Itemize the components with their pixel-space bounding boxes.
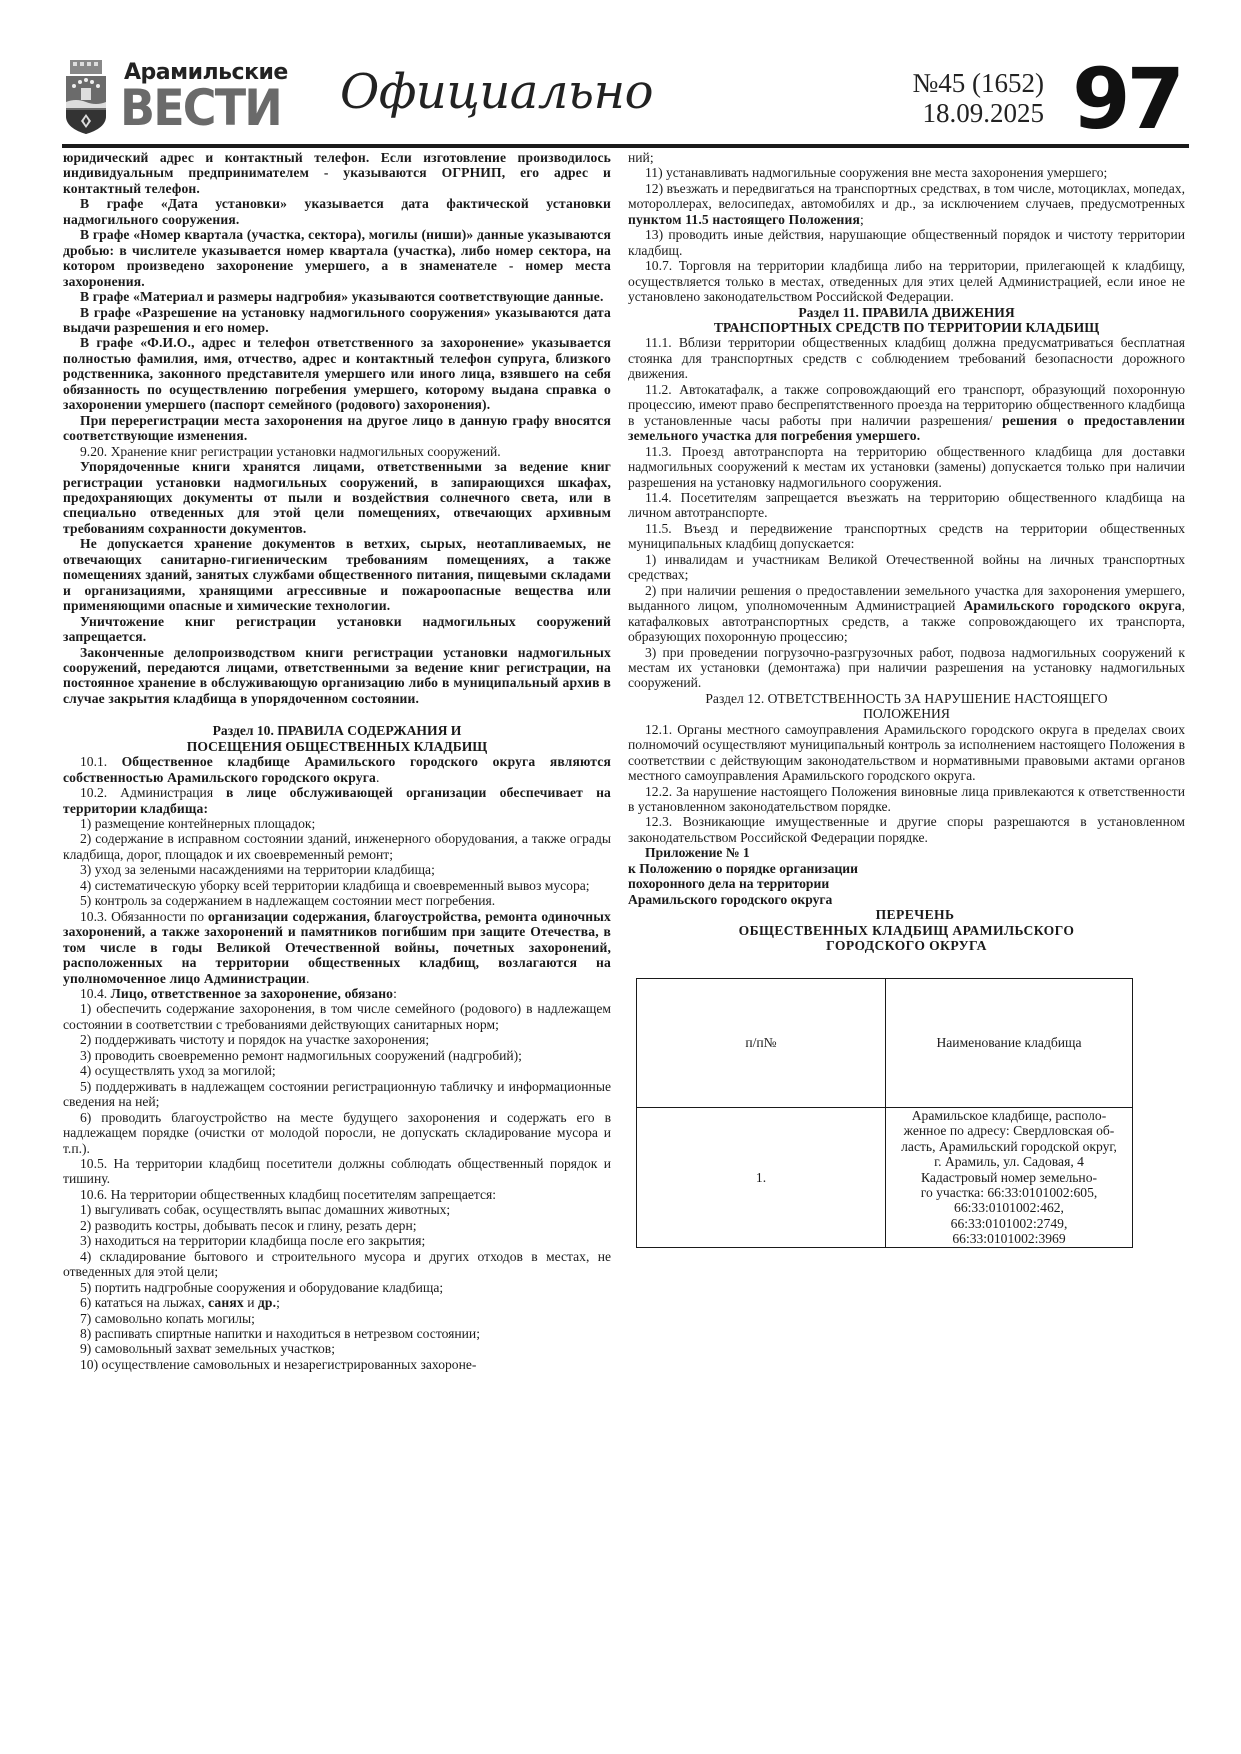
clause-11-5: 11.5. Въезд и передвижение транспортных … — [628, 521, 1185, 552]
list-item: 1) обеспечить содержание захоронения, в … — [63, 1001, 611, 1032]
section-title: Официально — [340, 64, 653, 120]
list-item: 9) самовольный захват земельных участков… — [63, 1341, 611, 1356]
section-12-heading: Раздел 12. ОТВЕТСТВЕННОСТЬ ЗА НАРУШЕНИЕ … — [628, 691, 1185, 722]
list-item: 6) кататься на лыжах, санях и др.; — [63, 1295, 611, 1310]
section-11-heading: Раздел 11. ПРАВИЛА ДВИЖЕНИЯ ТРАНСПОРТНЫХ… — [628, 305, 1185, 336]
clause-10-7: 10.7. Торговля на территории кладбища ли… — [628, 258, 1185, 304]
appendix-note: Приложение № 1 к Положению о порядке орг… — [628, 845, 1185, 907]
cell-number: 1. — [637, 1107, 886, 1247]
list-item: 4) систематическую уборку всей территори… — [63, 878, 611, 893]
page-number: 97 — [1072, 50, 1181, 148]
list-item: 10) осуществление самовольных и незареги… — [63, 1357, 611, 1372]
header-divider — [62, 144, 1189, 148]
list-item: 1) размещение контейнерных площадок; — [63, 816, 611, 831]
left-column: юридический адрес и контактный телефон. … — [63, 150, 611, 1372]
clause-11-1: 11.1. Вблизи территории общественных кла… — [628, 335, 1185, 381]
right-column: ний; 11) устанавливать надмогильные соор… — [628, 150, 1185, 1248]
list-item: 3) находиться на территории кладбища пос… — [63, 1233, 611, 1248]
cemetery-list-title: ПЕРЕЧЕНЬ ОБЩЕСТВЕННЫХ КЛАДБИЩ АРАМИЛЬСКО… — [628, 907, 1185, 954]
paragraph: При перерегистрации места захоронения на… — [63, 413, 611, 444]
clause-11-2: 11.2. Автокатафалк, а также сопровождающ… — [628, 382, 1185, 444]
list-item: 1) инвалидам и участникам Великой Отечес… — [628, 552, 1185, 583]
paragraph: В графе «Материал и размеры надгробия» у… — [63, 289, 611, 304]
paragraph: Упорядоченные книги хранятся лицами, отв… — [63, 459, 611, 536]
paragraph: В графе «Ф.И.О., адрес и телефон ответст… — [63, 335, 611, 412]
list-item: 2) содержание в исправном состоянии здан… — [63, 831, 611, 862]
brand-name-big: ВЕСТИ — [120, 78, 281, 138]
clause-10-1: 10.1. Общественное кладбище Арамильского… — [63, 754, 611, 785]
clause-11-4: 11.4. Посетителям запрещается въезжать н… — [628, 490, 1185, 521]
clause-10-3: 10.3. Обязанности по организации содержа… — [63, 909, 611, 986]
list-item: 12) въезжать и передвигаться на транспор… — [628, 181, 1185, 227]
clause-10-6: 10.6. На территории общественных кладбищ… — [63, 1187, 611, 1202]
issue-info: №45 (1652) 18.09.2025 — [913, 68, 1045, 128]
city-coat-of-arms-icon — [64, 60, 108, 134]
clause-12-1: 12.1. Органы местного самоуправления Ара… — [628, 722, 1185, 784]
paragraph: юридический адрес и контактный телефон. … — [63, 150, 611, 196]
list-item: 8) распивать спиртные напитки и находить… — [63, 1326, 611, 1341]
list-item: 4) осуществлять уход за могилой; — [63, 1063, 611, 1078]
clause-12-2: 12.2. За нарушение настоящего Положения … — [628, 784, 1185, 815]
paragraph: В графе «Разрешение на установку надмоги… — [63, 305, 611, 336]
clause-9-20: 9.20. Хранение книг регистрации установк… — [63, 444, 611, 459]
table-row: 1. Арамильское кладбище, располо- женное… — [637, 1107, 1133, 1247]
paragraph: В графе «Номер квартала (участка, сектор… — [63, 227, 611, 289]
column-header-name: Наименование кладбища — [886, 978, 1133, 1107]
paragraph: Законченные делопроизводством книги реги… — [63, 645, 611, 707]
list-item: 11) устанавливать надмогильные сооружени… — [628, 165, 1185, 180]
clause-10-5: 10.5. На территории кладбищ посетители д… — [63, 1156, 611, 1187]
masthead: Арамильские ВЕСТИ Официально №45 (1652) … — [62, 58, 1189, 143]
list-item: 6) проводить благоустройство на месте бу… — [63, 1110, 611, 1156]
section-10-heading: Раздел 10. ПРАВИЛА СОДЕРЖАНИЯ И ПОСЕЩЕНИ… — [63, 723, 611, 754]
cell-name: Арамильское кладбище, располо- женное по… — [886, 1107, 1133, 1247]
newspaper-logo[interactable]: Арамильские ВЕСТИ — [62, 58, 292, 138]
paragraph: Уничтожение книг регистрации установки н… — [63, 614, 611, 645]
issue-date: 18.09.2025 — [913, 98, 1045, 128]
clause-11-3: 11.3. Проезд автотранспорта на территори… — [628, 444, 1185, 490]
list-item: 4) складирование бытового и строительног… — [63, 1249, 611, 1280]
list-item: 2) разводить костры, добывать песок и гл… — [63, 1218, 611, 1233]
list-item: 1) выгуливать собак, осуществлять выпас … — [63, 1202, 611, 1217]
paragraph-continuation: ний; — [628, 150, 1185, 165]
paragraph: Не допускается хранение документов в вет… — [63, 536, 611, 613]
list-item: 3) при проведении погрузочно-разгрузочны… — [628, 645, 1185, 691]
issue-number: №45 (1652) — [913, 68, 1045, 98]
clause-12-3: 12.3. Возникающие имущественные и другие… — [628, 814, 1185, 845]
list-item: 5) портить надгробные сооружения и обору… — [63, 1280, 611, 1295]
list-item: 3) уход за зелеными насаждениями на терр… — [63, 862, 611, 877]
list-item: 5) поддерживать в надлежащем состоянии р… — [63, 1079, 611, 1110]
paragraph: В графе «Дата установки» указывается дат… — [63, 196, 611, 227]
list-item: 7) самовольно копать могилы; — [63, 1311, 611, 1326]
column-header-number: п/п№ — [637, 978, 886, 1107]
cemetery-table: п/п№ Наименование кладбища 1. Арамильско… — [636, 978, 1133, 1248]
clause-10-4: 10.4. Лицо, ответственное за захоронение… — [63, 986, 611, 1001]
table-header-row: п/п№ Наименование кладбища — [637, 978, 1133, 1107]
list-item: 5) контроль за содержанием в надлежащем … — [63, 893, 611, 908]
clause-10-2: 10.2. Администрация в лице обслуживающей… — [63, 785, 611, 816]
list-item: 13) проводить иные действия, нарушающие … — [628, 227, 1185, 258]
list-item: 3) проводить своевременно ремонт надмоги… — [63, 1048, 611, 1063]
list-item: 2) при наличии решения о предоставлении … — [628, 583, 1185, 645]
list-item: 2) поддерживать чистоту и порядок на уча… — [63, 1032, 611, 1047]
